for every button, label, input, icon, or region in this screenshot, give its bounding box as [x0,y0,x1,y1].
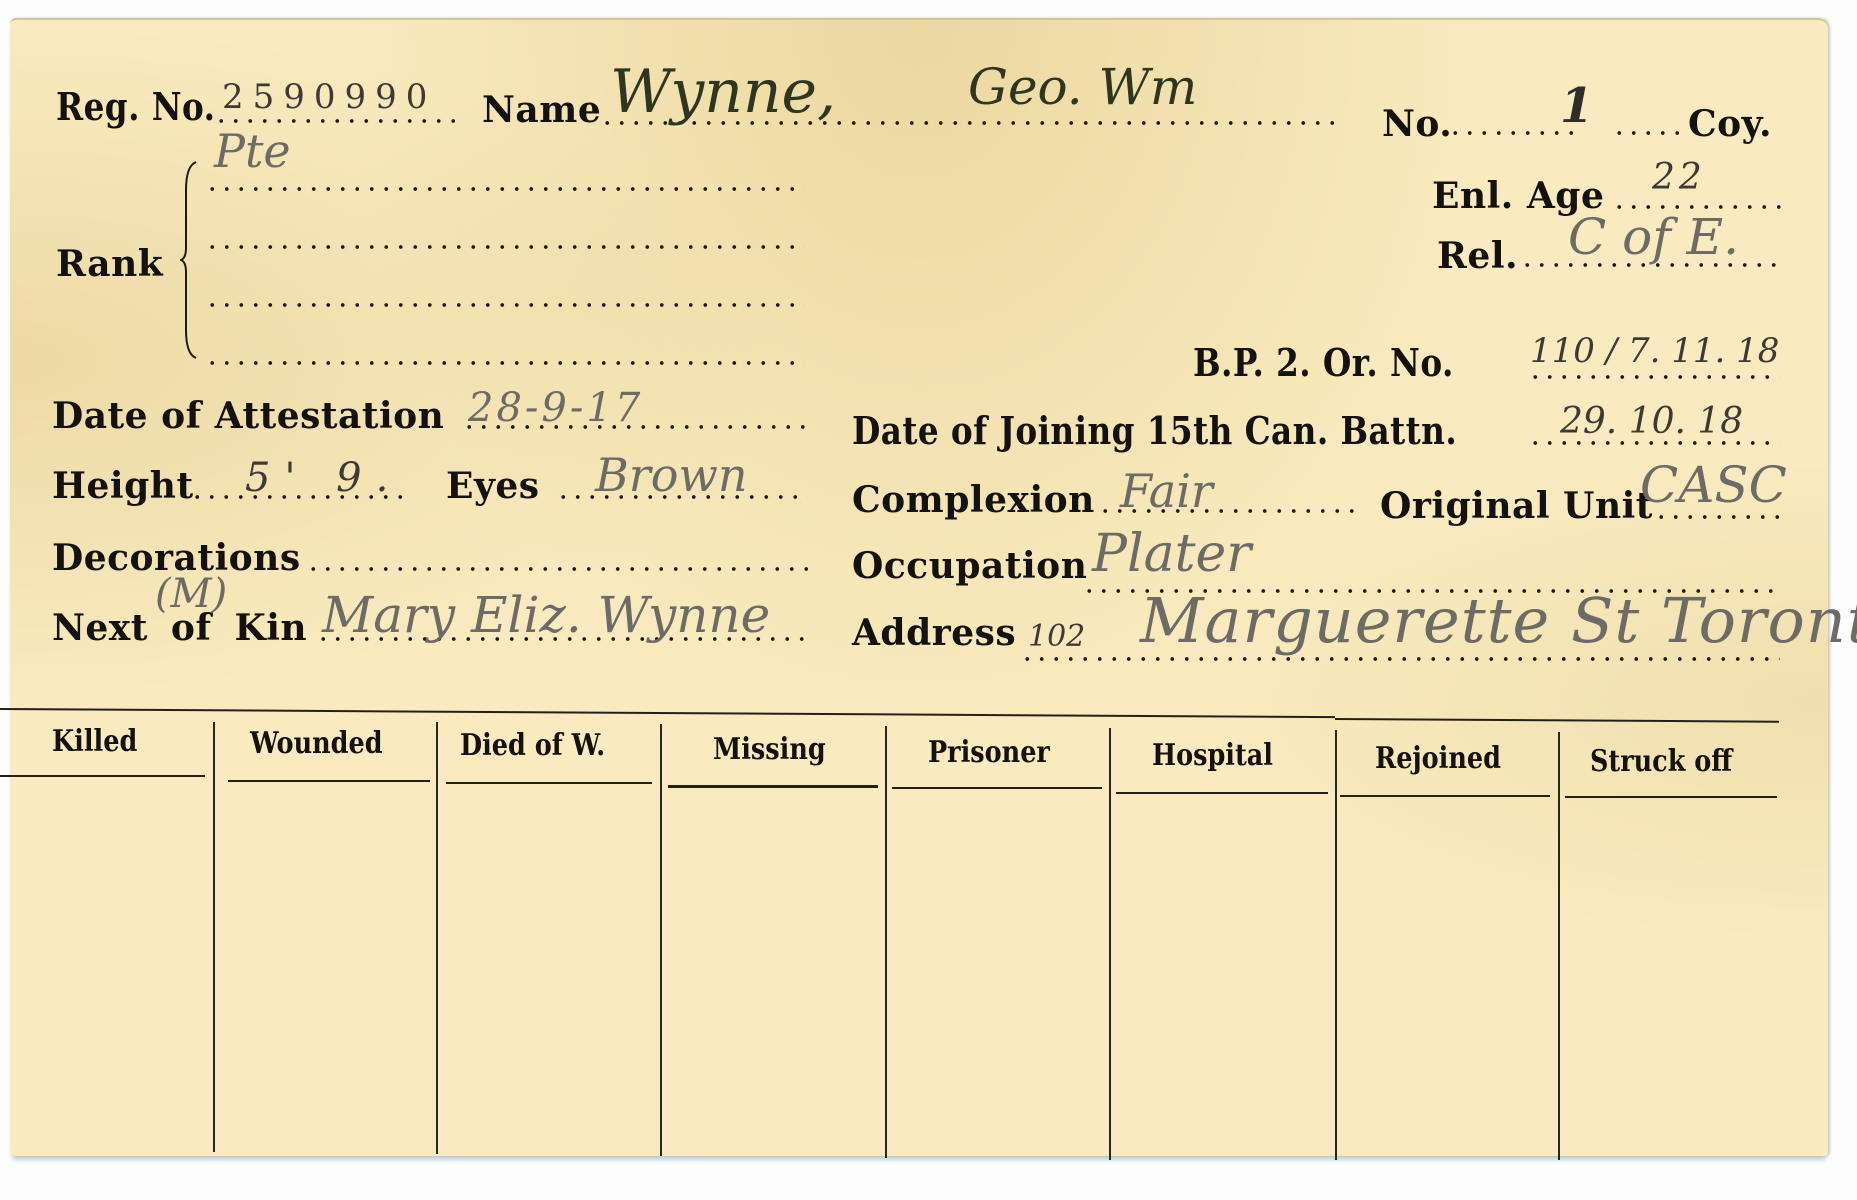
column-header-struck-off: Struck off [1590,747,1732,777]
column-header-rejoined: Rejoined [1375,744,1501,774]
table-cell-prisoner [887,790,1108,1150]
reg-no-label: Reg. No. [56,88,215,126]
column-header-missing: Missing [713,735,826,765]
column-header-died-of-wounds: Died of W. [460,731,605,761]
column-header-killed: Killed [52,727,137,757]
bp2-order-no-field-line [1528,374,1780,380]
complexion-value: Fair [1120,468,1213,514]
table-cell-missing [662,790,884,1150]
rank-value: Pte [214,128,291,174]
name-surname-value: Wynne, [610,62,836,122]
table-cell-hospital [1111,790,1334,1150]
rank-line-4 [205,360,805,366]
table-cell-killed [0,790,212,1150]
header-underline [892,787,1102,789]
address-value: Marguerette St Toronto [1140,590,1857,652]
table-cell-died-of-wounds [438,790,659,1150]
joining-date-value: 29. 10. 18 [1560,404,1743,440]
complexion-label: Complexion [852,482,1095,518]
rank-line-3 [205,302,805,308]
company-no-label: No. [1382,106,1452,142]
name-given-value: Geo. Wm [968,62,1197,112]
rank-line-2 [205,244,805,250]
enl-age-value: 22 [1652,160,1706,196]
occupation-label: Occupation [852,548,1087,584]
eyes-value: Brown [595,452,748,498]
table-cell-struck-off [1560,790,1780,1150]
table-cell-rejoined [1337,790,1557,1150]
height-label: Height [52,468,194,504]
height-value: 5' 9. [245,458,402,498]
rank-line-1 [205,186,805,192]
address-label: Address [852,615,1016,651]
table-cell-wounded [215,790,435,1150]
coy-field-line [1612,130,1684,136]
header-underline [228,780,430,782]
eyes-label: Eyes [446,468,540,504]
decorations-field-line [306,566,808,572]
rel-label: Rel. [1437,238,1518,274]
company-no-value: 1 [1560,82,1593,130]
original-unit-value: CASC [1640,460,1787,510]
original-unit-label: Original Unit [1380,488,1653,524]
joining-date-label: Date of Joining 15th Can. Battn. [852,412,1457,450]
rank-label: Rank [56,246,163,282]
occupation-value: Plater [1092,528,1251,580]
coy-label: Coy. [1688,106,1772,142]
header-underline [446,782,652,784]
bp2-order-no-value: 110 / 7. 11. 18 [1530,334,1779,368]
column-header-wounded: Wounded [250,729,383,759]
next-of-kin-marker: (M) [155,574,227,614]
attestation-label: Date of Attestation [52,398,444,434]
rel-value: C of E. [1568,212,1739,262]
rank-bracket-icon [180,160,200,360]
column-header-prisoner: Prisoner [928,738,1050,768]
next-of-kin-value: Mary Eliz. Wynne [322,590,770,640]
address-number-value: 102 [1028,622,1085,652]
header-underline [668,785,878,788]
original-unit-field-line [1654,514,1780,520]
header-underline [0,775,205,777]
column-header-hospital: Hospital [1152,741,1273,771]
name-label: Name [482,92,601,128]
bp2-order-no-label: B.P. 2. Or. No. [1193,344,1454,382]
attestation-value: 28-9-17 [468,388,643,428]
reg-no-value: 2590990 [222,80,436,114]
